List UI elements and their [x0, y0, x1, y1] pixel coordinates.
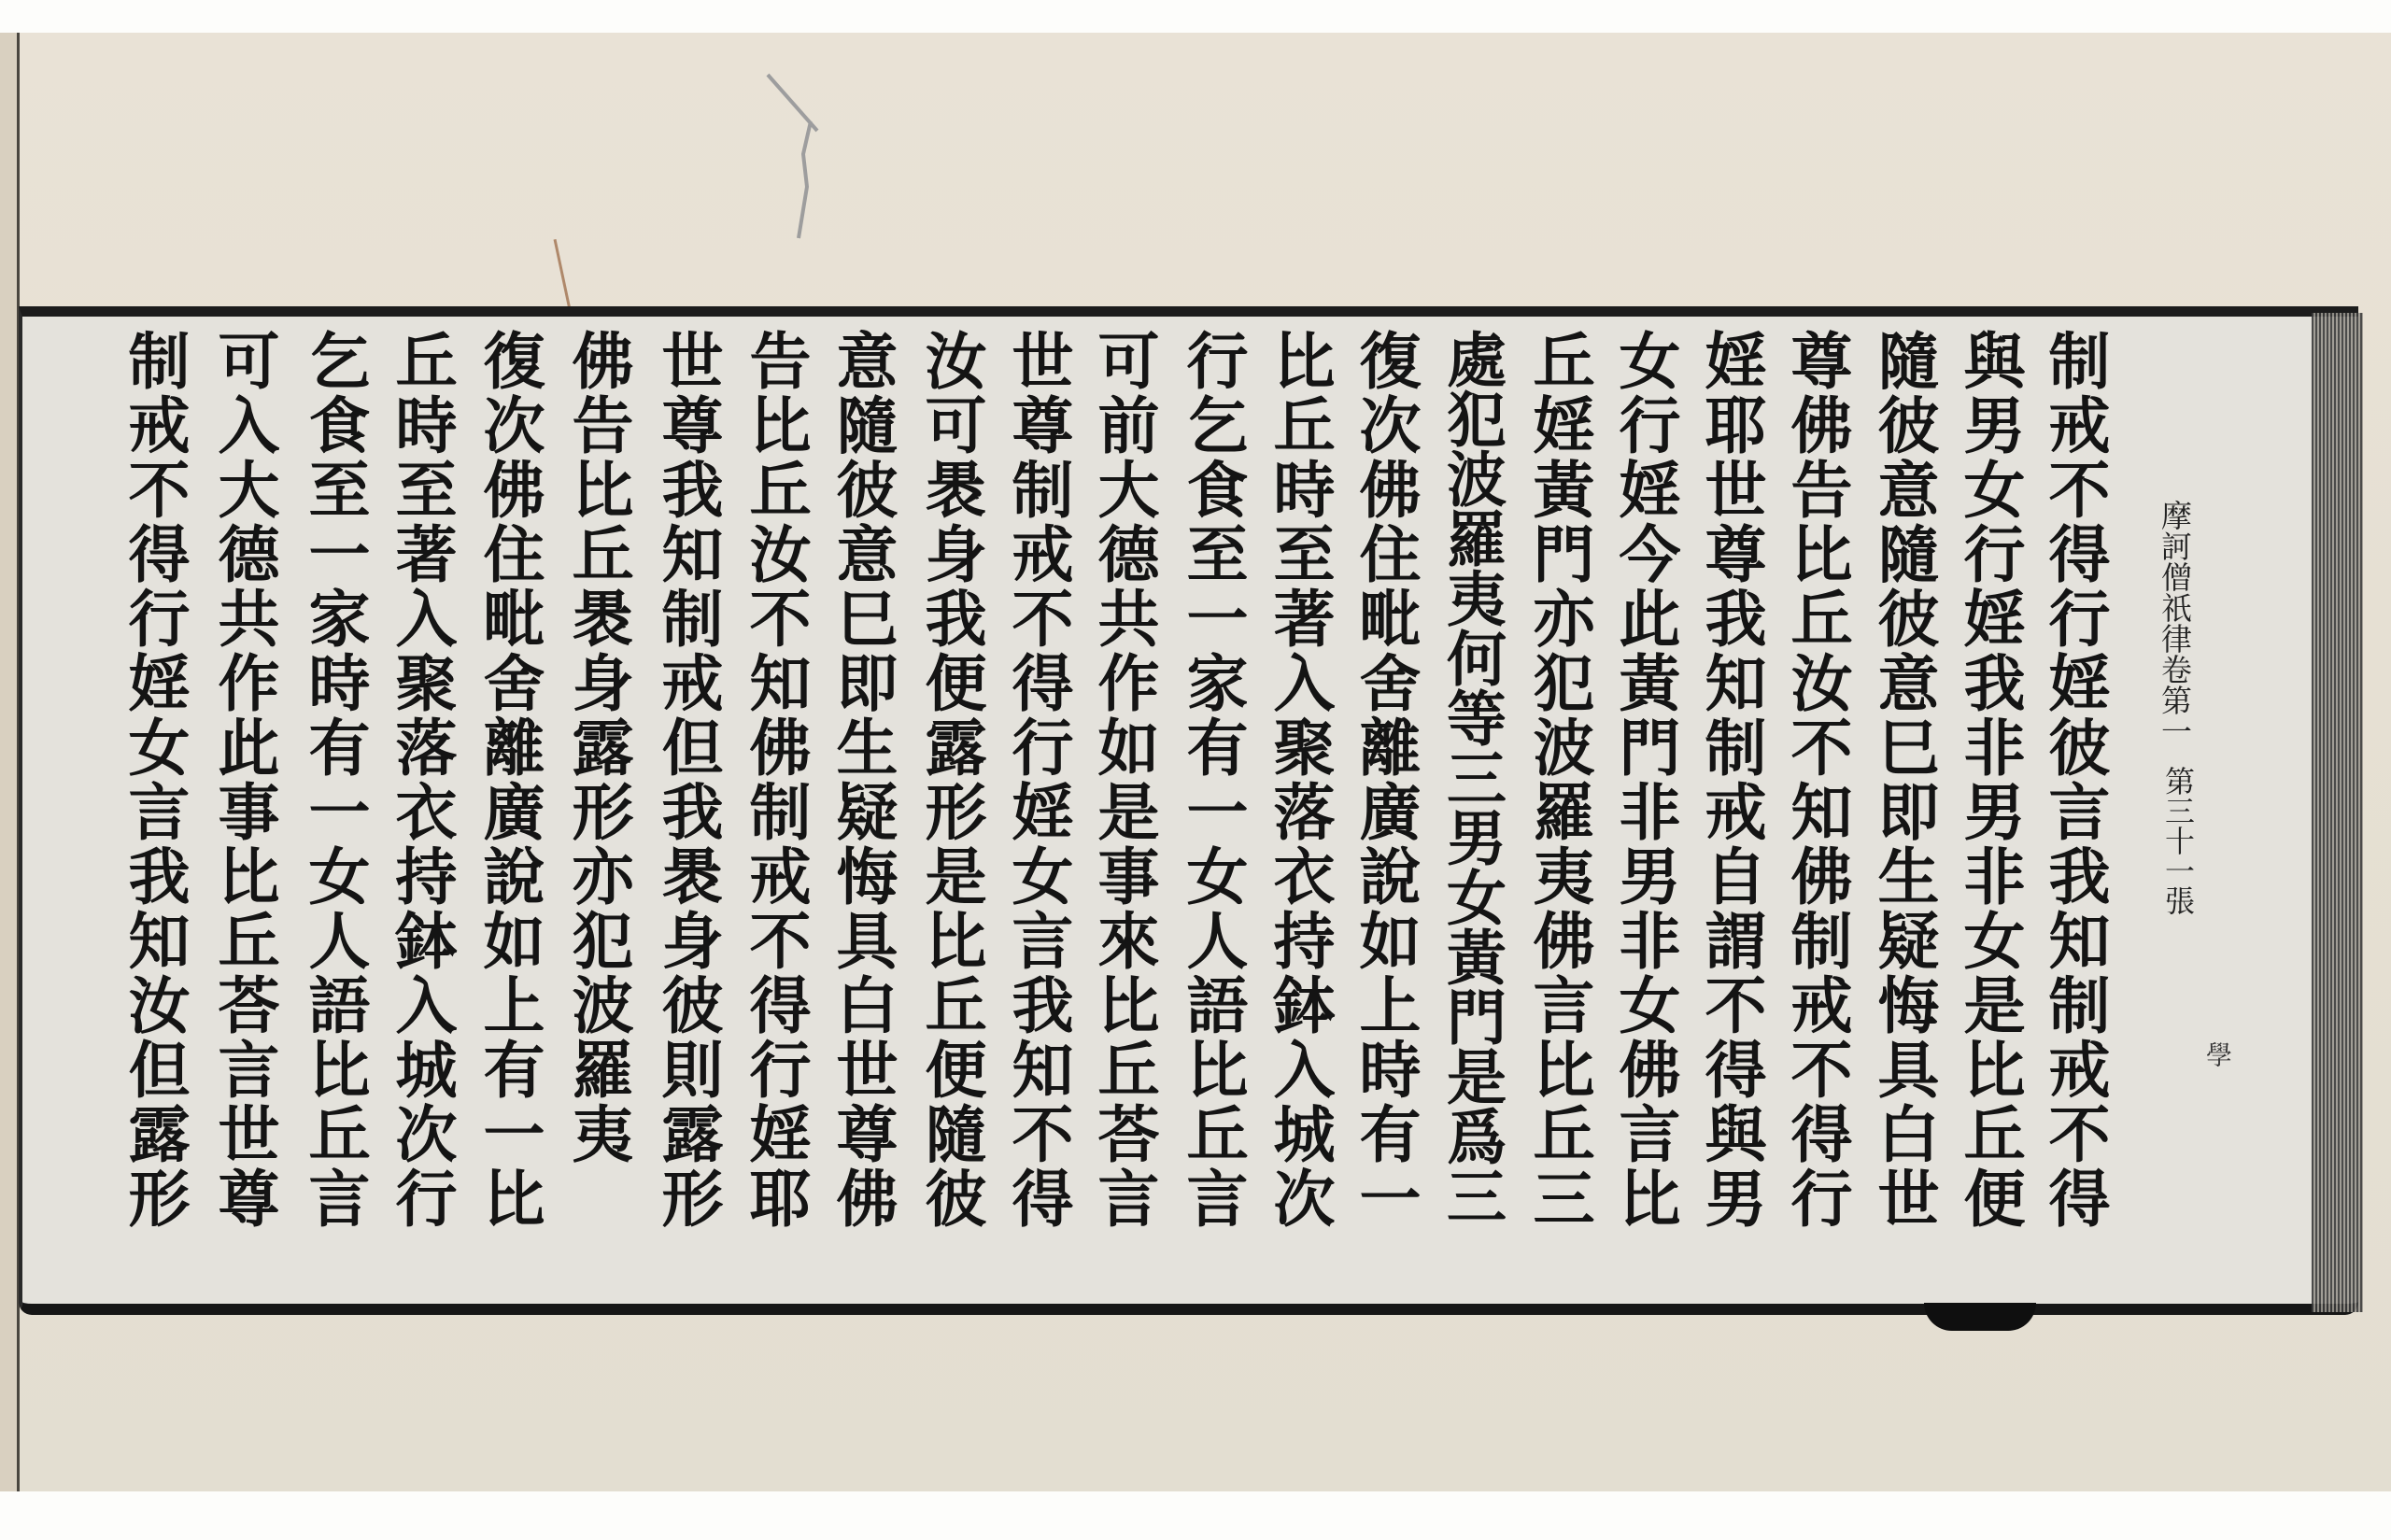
text-column: 制戒不得行婬彼言我知制戒不得: [2044, 329, 2105, 1231]
text-column: 意隨彼意巳即生疑悔具白世尊佛: [831, 329, 893, 1231]
text-column: 告比丘汝不知佛制戒不得行婬耶: [744, 329, 806, 1231]
text-column: 比丘時至著入聚落衣持鉢入城次: [1268, 329, 1330, 1231]
text-column: 乞食至一家時有一女人語比丘言: [304, 329, 365, 1231]
text-column: 可前大德共作如是事來比丘荅言: [1093, 329, 1154, 1231]
text-column: 復次佛住毗舍離廣說如上有一比: [478, 329, 540, 1231]
text-column: 佛告比丘褁身露形亦犯波羅夷: [567, 329, 629, 1166]
carver-mark: 學: [2204, 1041, 2230, 1067]
text-column: 制戒不得行婬女言我知汝但露形: [123, 329, 185, 1231]
text-column: 隨彼意隨彼意巳即生疑悔具白世: [1873, 329, 1934, 1231]
text-column: 行乞食至一家有一女人語比丘言: [1181, 329, 1243, 1231]
text-column: 世尊我知制戒但我褁身彼則露形: [657, 329, 718, 1231]
text-column: 處犯波羅夷何等三男女黃門是爲三: [1441, 329, 1501, 1225]
text-column: 丘時至著入聚落衣持鉢入城次行: [390, 329, 452, 1231]
pencil-mark: [766, 65, 822, 252]
text-column: 可入大德共作此事比丘荅言世尊: [213, 329, 275, 1231]
text-column: 尊佛告比丘汝不知佛制戒不得行: [1786, 329, 1847, 1231]
text-column: 世尊制戒不得行婬女言我知不得: [1007, 329, 1068, 1231]
text-column: 婬耶世尊我知制戒自謂不得與男: [1700, 329, 1761, 1231]
text-column: 丘婬黃門亦犯波羅夷佛言比丘三: [1528, 329, 1590, 1231]
text-column: 與男女行婬我非男非女是比丘便: [1959, 329, 2020, 1231]
frame-right-edge: [2312, 313, 2363, 1312]
text-column: 復次佛住毗舍離廣說如上時有一: [1354, 329, 1416, 1231]
page-number: 第三十一張: [2163, 766, 2193, 915]
text-column: 女行婬今此黃門非男非女佛言比: [1614, 329, 1676, 1231]
page-gutter: [0, 33, 20, 1491]
running-title: 摩訶僧祇律卷第一: [2159, 500, 2190, 746]
ink-blot: [1924, 1303, 2036, 1331]
text-column: 汝可褁身我便露形是比丘便隨彼: [920, 329, 982, 1231]
